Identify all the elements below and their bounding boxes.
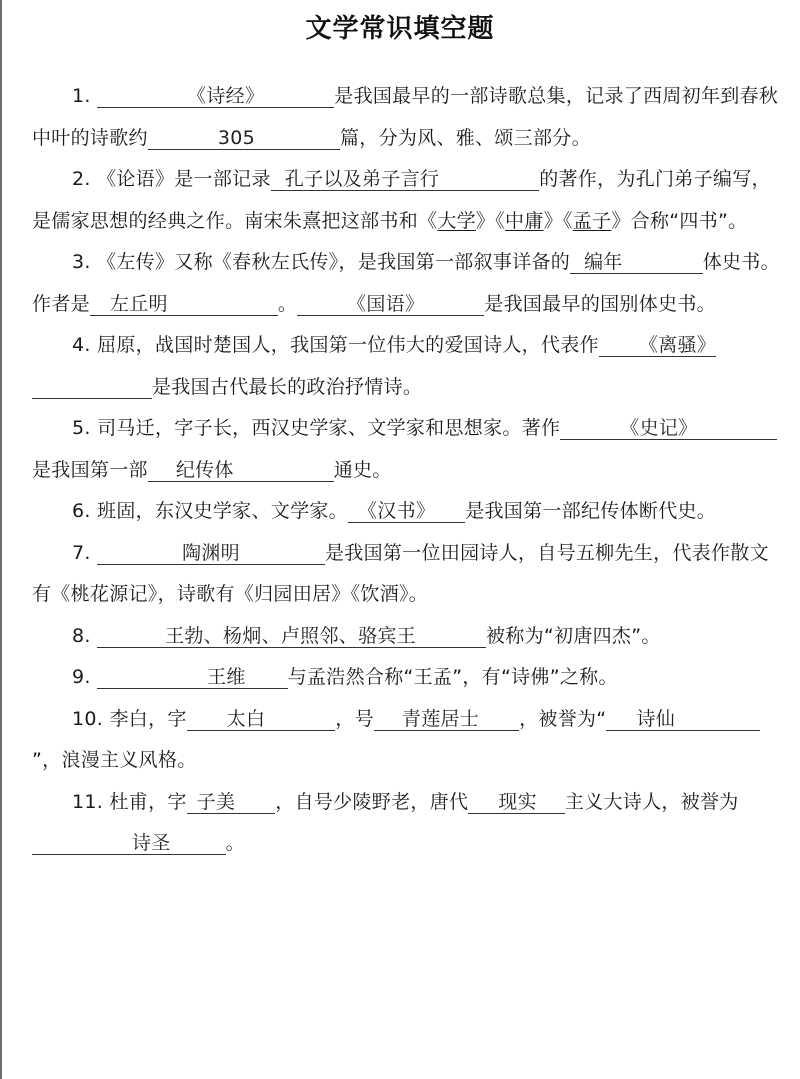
question-text: 是我国第一部 — [32, 459, 148, 481]
answer-blank: 太白 — [187, 708, 336, 731]
question-number: 5. — [72, 417, 97, 439]
question-text: 是我国古代最长的政治抒情诗。 — [152, 376, 422, 398]
question-text: ，自号少陵野老，唐代 — [275, 791, 468, 813]
question-4: 4. 屈原，战国时楚国人，我国第一位伟大的爱国诗人，代表作《离骚》是我国古代最长… — [32, 325, 784, 408]
underlined-answer: 大学 — [437, 210, 476, 232]
blank-answer: 《诗经》 — [187, 85, 264, 107]
answer-blank: 王维 — [97, 666, 288, 689]
question-text: 》《 — [544, 210, 573, 232]
question-number: 10. — [72, 708, 109, 730]
question-text: 是我国第一部纪传体断代史。 — [465, 500, 716, 522]
question-8: 8. 王勃、杨炯、卢照邻、骆宾王被称为“初唐四杰”。 — [32, 616, 784, 658]
blank-answer: 编年 — [584, 251, 623, 273]
blank-answer: 诗圣 — [132, 832, 171, 854]
blank-answer: 现实 — [498, 791, 537, 813]
question-text: 》《 — [476, 210, 505, 232]
answer-blank: 青莲居士 — [374, 708, 519, 731]
question-text: 主义大诗人，被誉为 — [565, 791, 739, 813]
question-5: 5. 司马迁，字子长，西汉史学家、文学家和思想家。著作《史记》是我国第一部纪传体… — [32, 408, 784, 491]
answer-blank: 左丘明 — [90, 293, 278, 316]
question-6: 6. 班固，东汉史学家、文学家。《汉书》是我国第一部纪传体断代史。 — [32, 491, 784, 533]
underlined-answer: 中庸 — [505, 210, 544, 232]
answer-blank: 诗圣 — [32, 832, 226, 855]
blank-answer: 王维 — [207, 666, 246, 688]
question-text: 篇，分为风、雅、颂三部分。 — [340, 127, 591, 149]
question-11: 11. 杜甫，字子美，自号少陵野老，唐代现实主义大诗人，被誉为诗圣。 — [32, 782, 784, 865]
answer-blank: 陶渊明 — [97, 542, 325, 565]
answer-blank: 子美 — [187, 791, 276, 814]
question-text: 李白，字 — [109, 708, 186, 730]
blank-answer: 《史记》 — [620, 417, 697, 439]
question-text: ”，浪漫主义风格。 — [32, 749, 197, 771]
blank-answer: 太白 — [227, 708, 266, 730]
question-number: 8. — [72, 625, 97, 647]
question-number: 6. — [72, 500, 97, 522]
question-text: 《左传》又称《春秋左氏传》，是我国第一部叙事详备的 — [97, 251, 570, 273]
question-7: 7. 陶渊明是我国第一位田园诗人，自号五柳先生，代表作散文有《桃花源记》，诗歌有… — [32, 533, 784, 616]
answer-blank: 《汉书》 — [348, 500, 465, 523]
blank-answer: 《汉书》 — [358, 500, 435, 522]
question-text: ，号 — [335, 708, 374, 730]
question-number: 4. — [72, 334, 97, 356]
blank-answer: 305 — [218, 127, 255, 149]
blank-answer: 子美 — [197, 791, 236, 813]
answer-blank: 王勃、杨炯、卢照邻、骆宾王 — [97, 625, 486, 648]
question-number: 11. — [72, 791, 109, 813]
question-text: 班固，东汉史学家、文学家。 — [97, 500, 348, 522]
question-3: 3. 《左传》又称《春秋左氏传》，是我国第一部叙事详备的编年体史书。作者是左丘明… — [32, 242, 784, 325]
question-text: 。 — [226, 832, 245, 854]
blank-answer: 青莲居士 — [402, 708, 479, 730]
question-text: 与孟浩然合称“王孟”，有“诗佛”之称。 — [288, 666, 618, 688]
question-text: 通史。 — [334, 459, 392, 481]
answer-blank: 孔子以及弟子言行 — [271, 168, 539, 191]
question-list: 1. 《诗经》是我国最早的一部诗歌总集，记录了西周初年到春秋中叶的诗歌约305篇… — [32, 76, 784, 865]
answer-blank: 《国语》 — [297, 293, 484, 316]
question-text: ，被誉为“ — [519, 708, 606, 730]
question-text: 杜甫，字 — [109, 791, 186, 813]
blank-answer: 陶渊明 — [182, 542, 240, 564]
answer-blank: 《史记》 — [560, 417, 777, 440]
answer-blank: 305 — [148, 127, 340, 150]
question-text: 屈原，战国时楚国人，我国第一位伟大的爱国诗人，代表作 — [97, 334, 599, 356]
question-text: 《论语》是一部记录 — [97, 168, 271, 190]
page-title: 文学常识填空题 — [0, 8, 800, 45]
question-2: 2. 《论语》是一部记录孔子以及弟子言行的著作，为孔门弟子编写，是儒家思想的经典… — [32, 159, 784, 242]
blank-answer: 《国语》 — [347, 293, 424, 315]
question-text: 。 — [278, 293, 297, 315]
answer-blank: 诗仙 — [606, 708, 760, 731]
blank-answer: 《离骚》 — [639, 334, 716, 356]
blank-answer: 左丘明 — [110, 293, 168, 315]
blank-answer: 孔子以及弟子言行 — [285, 168, 439, 190]
answer-blank: 《诗经》 — [97, 85, 334, 108]
question-text: 》合称“四书”。 — [611, 210, 747, 232]
question-text: 被称为“初唐四杰”。 — [486, 625, 661, 647]
question-text: 是我国最早的国别体史书。 — [484, 293, 716, 315]
question-number: 1. — [72, 85, 97, 107]
answer-blank: 现实 — [468, 791, 565, 814]
blank-answer: 诗仙 — [636, 708, 675, 730]
question-number: 3. — [72, 251, 97, 273]
question-text: 司马迁，字子长，西汉史学家、文学家和思想家。著作 — [97, 417, 560, 439]
answer-blank: 编年 — [570, 251, 703, 274]
left-border — [0, 0, 2, 1079]
blank-answer: 王勃、杨炯、卢照邻、骆宾王 — [165, 625, 416, 647]
question-1: 1. 《诗经》是我国最早的一部诗歌总集，记录了西周初年到春秋中叶的诗歌约305篇… — [32, 76, 784, 159]
question-number: 9. — [72, 666, 97, 688]
question-9: 9. 王维与孟浩然合称“王孟”，有“诗佛”之称。 — [32, 657, 784, 699]
underlined-answer: 孟子 — [573, 210, 612, 232]
question-number: 2. — [72, 168, 97, 190]
blank-answer: 纪传体 — [176, 459, 234, 481]
question-number: 7. — [72, 542, 97, 564]
answer-blank: 纪传体 — [148, 459, 334, 482]
question-10: 10. 李白，字太白，号青莲居士，被誉为“诗仙”，浪漫主义风格。 — [32, 699, 784, 782]
